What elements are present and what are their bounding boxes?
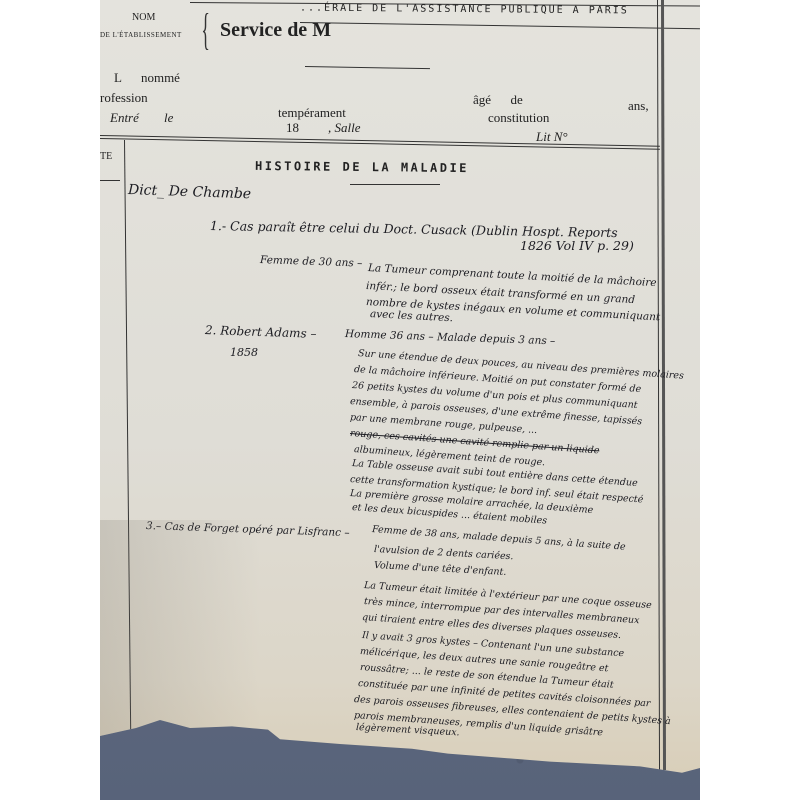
- case1-patient: Femme de 30 ans –: [260, 254, 363, 270]
- case1-title: 1.- Cas paraît être celui du Doct. Cusac…: [210, 218, 618, 240]
- right-rule-thick: [661, 0, 666, 770]
- case2-patient: Homme 36 ans – Malade depuis 3 ans –: [345, 328, 556, 347]
- entre-label: Entré: [110, 110, 139, 126]
- service-label: Service de M: [220, 19, 331, 42]
- case1-ref: 1826 Vol IV p. 29): [520, 238, 634, 253]
- right-rule-thin: [657, 0, 660, 770]
- left-column-label: TE: [100, 151, 112, 162]
- nomme-label: L nommé: [114, 70, 180, 86]
- case3-line: l'avulsion de 2 dents cariées.: [374, 544, 514, 562]
- form-paper: ...ÉRALE DE L'ASSISTANCE PUBLIQUE A PARI…: [100, 0, 700, 800]
- title-ornament: [350, 184, 440, 185]
- case2-title: 2. Robert Adams –: [205, 323, 317, 341]
- nom-label: NOM: [132, 12, 155, 23]
- ans-label: ans,: [628, 98, 649, 114]
- case3-title: 3.– Cas de Forget opéré par Lisfranc –: [146, 520, 350, 539]
- section-title: HISTOIRE DE LA MALADIE: [255, 159, 469, 175]
- le-label: le: [164, 110, 173, 126]
- left-column-rule: [100, 180, 120, 181]
- etablissement-label: DE L'ÉTABLISSEMENT: [100, 31, 182, 39]
- heading-note: Dict_ De Chambe: [128, 182, 252, 202]
- constitution-label: constitution: [488, 110, 549, 126]
- banner-rule: [300, 22, 700, 29]
- case2-year: 1858: [230, 346, 258, 359]
- left-column-divider: [124, 140, 131, 760]
- temperament-label: tempérament: [278, 105, 346, 121]
- document-photo: ...ÉRALE DE L'ASSISTANCE PUBLIQUE A PARI…: [100, 0, 700, 800]
- profession-label: rofession: [100, 90, 148, 106]
- brace: {: [201, 4, 209, 55]
- age-label: âgé de: [473, 92, 523, 108]
- section-rule-1: [100, 135, 660, 147]
- banner-text: ...ÉRALE DE L'ASSISTANCE PUBLIQUE A PARI…: [300, 3, 629, 17]
- salle-label: , Salle: [328, 120, 361, 136]
- year-label: 18: [286, 120, 299, 136]
- service-underline: [305, 66, 430, 69]
- case3-line: Volume d'une tête d'enfant.: [374, 560, 507, 578]
